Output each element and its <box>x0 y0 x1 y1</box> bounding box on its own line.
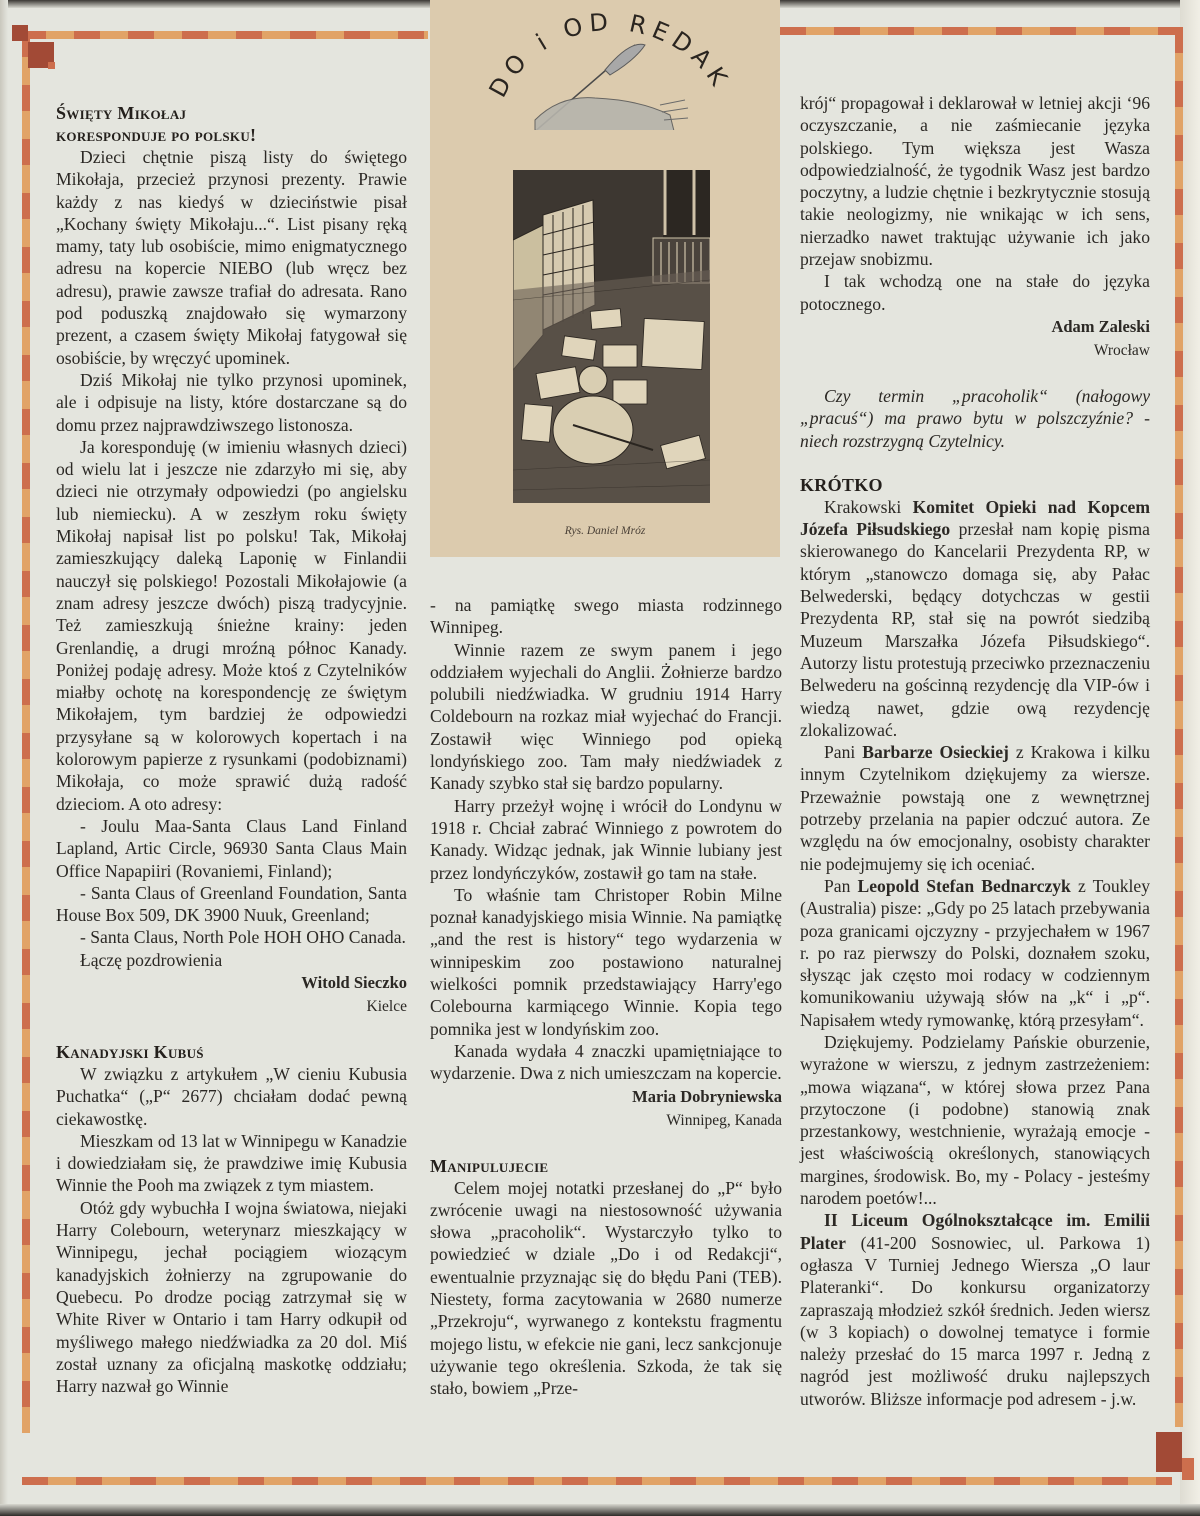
paragraph: Kanada wydała 4 znaczki upamiętniające t… <box>430 1040 782 1085</box>
text: z Toukley (Australia) pisze: „Gdy po 25 … <box>800 876 1150 1030</box>
address-finland: - Joulu Maa-Santa Claus Land Finland Lap… <box>56 815 407 882</box>
paragraph-osiecka: Pani Barbarze Osieckiej z Krakowa i kilk… <box>800 741 1150 875</box>
illustration-caption: Rys. Daniel Mróz <box>430 525 780 537</box>
magazine-page: Święty Mikołaj koresponduje po polsku! D… <box>0 0 1200 1516</box>
paragraph: Otóż gdy wybuchła I wojna światowa, niej… <box>56 1197 407 1398</box>
spacer <box>800 452 1150 474</box>
column-middle: - na pamiątkę swego miasta rodzinnego Wi… <box>430 594 782 1400</box>
scan-right-edge <box>1180 0 1200 1516</box>
article-title-kubus: Kanadyjski Kubuś <box>56 1041 407 1063</box>
closing: Łączę pozdrowienia <box>56 949 407 971</box>
quill-hand-icon <box>525 44 688 130</box>
author-place: Kielce <box>56 995 407 1019</box>
paragraph: krój“ propagował i deklarował w letniej … <box>800 92 1150 270</box>
decorative-border-bottom <box>22 1477 1172 1485</box>
spacer <box>430 1133 782 1155</box>
address-greenland: - Santa Claus of Greenland Foundation, S… <box>56 882 407 927</box>
paragraph-komitet: Krakowski Komitet Opieki nad Kopcem Józe… <box>800 496 1150 741</box>
section-title: DO i OD REDAKCJI <box>430 0 735 102</box>
paragraph: Winnie razem ze swym panem i jego oddzia… <box>430 639 782 795</box>
corner-ornament-top-left <box>12 25 28 41</box>
paragraph: Celem mojej notatki przesłanej do „P“ by… <box>430 1177 782 1400</box>
spacer <box>800 363 1150 385</box>
paragraph: To właśnie tam Christoper Robin Milne po… <box>430 884 782 1040</box>
paragraph: Dziś Mikołaj nie tylko przynosi upominek… <box>56 369 407 436</box>
text: (41-200 Sosnowiec, ul. Parkowa 1) ogłasz… <box>800 1233 1150 1409</box>
paragraph-reply: Dziękujemy. Podzielamy Pańskie oburzenie… <box>800 1031 1150 1209</box>
decorative-border-top-right <box>780 27 1180 35</box>
author-place: Wrocław <box>800 339 1150 363</box>
text: Pan <box>824 876 858 896</box>
article-title-manipulujecie: Manipulujecie <box>430 1155 782 1177</box>
author-name: Adam Zaleski <box>800 315 1150 339</box>
article-title-mikolaj-line2: koresponduje po polsku! <box>56 124 407 146</box>
author-name: Witold Sieczko <box>56 971 407 995</box>
column-left: Święty Mikołaj koresponduje po polsku! D… <box>56 102 407 1397</box>
corner-ornament-bottom-right-accent <box>1182 1458 1194 1480</box>
decorative-border-right <box>1175 27 1183 1427</box>
paragraph: Harry przeżył wojnę i wrócił do Londynu … <box>430 795 782 884</box>
svg-text:DO i OD REDAKCJI: DO i OD REDAKCJI <box>430 0 735 102</box>
scan-bottom-shadow <box>0 1504 1200 1516</box>
bold-name: Barbarze Osieckiej <box>862 742 1009 762</box>
library-drawing-svg <box>513 170 710 503</box>
article-title-mikolaj-line1: Święty Mikołaj <box>56 102 407 124</box>
address-canada: - Santa Claus, North Pole HOH OHO Canada… <box>56 926 407 948</box>
paragraph: W związku z artykułem „W cieniu Kubusia … <box>56 1063 407 1130</box>
text: przesłał nam kopię pisma skierowanego do… <box>800 519 1150 740</box>
text: Pani <box>824 742 862 762</box>
paragraph: I tak wchodzą one na stałe do języka pot… <box>800 270 1150 315</box>
library-illustration <box>513 170 710 503</box>
paragraph-liceum: II Liceum Ogólnokształcące im. Emilii Pl… <box>800 1209 1150 1410</box>
paragraph: Dzieci chętnie piszą listy do świętego M… <box>56 146 407 369</box>
decorative-border-left <box>22 31 30 1433</box>
decorative-border-top-left <box>20 31 428 39</box>
illustration-panel: DO i OD REDAKCJI <box>430 0 780 557</box>
paragraph-bednarczyk: Pan Leopold Stefan Bednarczyk z Toukley … <box>800 875 1150 1031</box>
bold-name: Leopold Stefan Bednarczyk <box>858 876 1071 896</box>
spacer <box>56 1019 407 1041</box>
paragraph: Ja koresponduję (w imieniu własnych dzie… <box>56 436 407 815</box>
section-title-arc: DO i OD REDAKCJI <box>430 0 780 130</box>
text: Krakowski <box>824 497 913 517</box>
author-place: Winnipeg, Kanada <box>430 1109 782 1133</box>
column-right: krój“ propagował i deklarował w letniej … <box>800 92 1150 1410</box>
section-title-svg: DO i OD REDAKCJI <box>430 0 780 130</box>
paragraph: Mieszkam od 13 lat w Winnipegu w Kanadzi… <box>56 1130 407 1197</box>
paragraph: - na pamiątkę swego miasta rodzinnego Wi… <box>430 594 782 639</box>
corner-ornament-top-left-accent <box>48 62 55 69</box>
author-name: Maria Dobryniewska <box>430 1085 782 1109</box>
corner-ornament-bottom-right <box>1156 1432 1182 1472</box>
scan-left-edge <box>0 0 8 1516</box>
article-title-krotko: KRÓTKO <box>800 474 1150 496</box>
editor-note: Czy termin „pracoholik“ (nałogowy „pracu… <box>800 385 1150 452</box>
